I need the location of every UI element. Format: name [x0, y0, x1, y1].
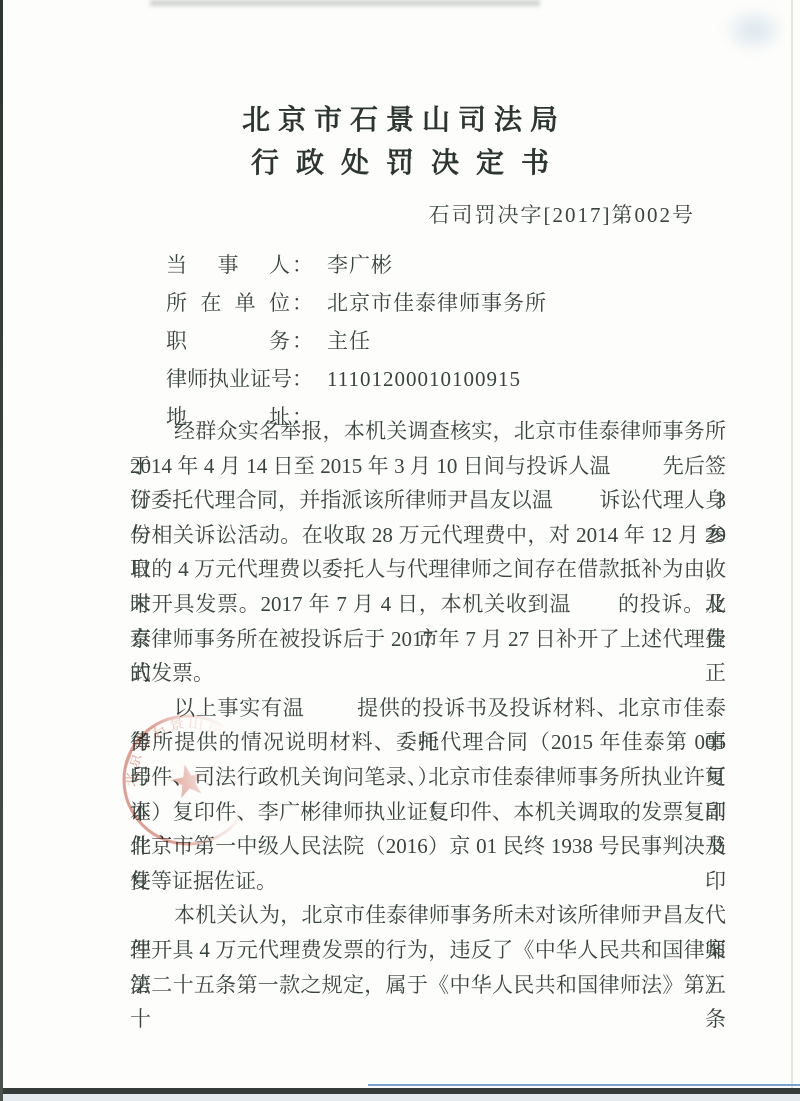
body-line: 以上事实有温提供的投诉书及投诉材料、北京市佳泰律师事: [130, 691, 726, 726]
info-row-license-number: 律师执业证号：11101200010100915: [166, 360, 547, 398]
info-value-work-unit: 北京市佳泰律师事务所: [327, 284, 547, 322]
scan-edge-left: [0, 0, 3, 1101]
info-label-work-unit: 所在单位: [166, 284, 290, 322]
redacted-name-gap: [304, 694, 356, 715]
info-colon: ：: [292, 360, 313, 398]
redacted-name-gap: [571, 590, 617, 611]
info-label-license-number: 律师执业证号: [166, 360, 290, 398]
body-line: 务所提供的情况说明材料、委托代理合同（2015 年佳泰第 005 号）复: [130, 725, 726, 760]
body-text-segment: 件等证据佐证。: [130, 869, 277, 893]
body-line: 本机关认为，北京市佳泰律师事务所未对该所律师尹昌友代理案: [130, 898, 726, 933]
info-colon: ：: [292, 246, 313, 284]
redacted-name-gap: [611, 452, 663, 473]
body-line: 2014 年 4 月 14 日至 2015 年 3 月 10 日间与投诉人温先后…: [130, 449, 726, 484]
body-text-segment: 以上事实有温: [174, 696, 304, 720]
evidence-paragraph: 以上事实有温提供的投诉书及投诉材料、北京市佳泰律师事务所提供的情况说明材料、委托…: [130, 691, 726, 899]
info-colon: ：: [292, 284, 313, 322]
info-label-position: 职务: [166, 322, 290, 360]
scan-smudge-top-right: [722, 6, 786, 54]
document-number: 石司罚决字[2017]第002号: [429, 199, 696, 229]
body-line: 北京市第一中级人民法院（2016）京 01 民终 1938 号民事判决书复印: [130, 829, 726, 864]
body-text-segment: 第二十五条第一款之规定，属于《中华人民共和国律师法》第五十条: [130, 973, 726, 1032]
info-value-party: 李广彬: [327, 246, 393, 284]
body-text-segment: 份委托代理合同，并指派该所律师尹昌友以温: [130, 488, 553, 512]
facts-paragraph: 经群众实名举报，本机关调查核实，北京市佳泰律师事务所于2014 年 4 月 14…: [130, 414, 726, 691]
body-line: 份委托代理合同，并指派该所律师尹昌友以温诉讼代理人身份参: [130, 483, 726, 518]
info-value-position: 主任: [327, 322, 371, 360]
body-text-segment: 2014 年 4 月 14 日至 2015 年 3 月 10 日间与投诉人温: [130, 454, 611, 478]
body-line: 取的 4 万元代理费以委托人与代理律师之间存在借款抵补为由，未及: [130, 552, 726, 587]
scan-edge-bottom-strip: [0, 1094, 800, 1101]
body-line: 件开具 4 万元代理费发票的行为，违反了《中华人民共和国律师法》: [130, 933, 726, 968]
body-text-segment: 时开具发票。2017 年 7 月 4 日，本机关收到温: [130, 592, 571, 616]
scanned-document-page: 北京市石景山司法局 行政处罚决定书 石司罚决字[2017]第002号 当事人：李…: [0, 0, 800, 1101]
info-colon: ：: [292, 322, 313, 360]
document-body: 经群众实名举报，本机关调查核实，北京市佳泰律师事务所于2014 年 4 月 14…: [130, 414, 726, 1002]
body-line: 泰律师事务所在被投诉后于 2017 年 7 月 27 日补开了上述代理费的正: [130, 622, 726, 657]
info-value-license-number: 11101200010100915: [327, 360, 521, 398]
body-line: 印件、司法行政机关询问笔录、北京市佳泰律师事务所执业许可证（副: [130, 760, 726, 795]
body-line: 经群众实名举报，本机关调查核实，北京市佳泰律师事务所于: [130, 414, 726, 449]
finding-paragraph: 本机关认为，北京市佳泰律师事务所未对该所律师尹昌友代理案件开具 4 万元代理费发…: [130, 898, 726, 1002]
body-line: 第二十五条第一款之规定，属于《中华人民共和国律师法》第五十条: [130, 968, 726, 1003]
body-text-segment: 泰律师事务所在被投诉后于 2017 年 7 月 27 日补开了上述代理费的正: [130, 627, 726, 686]
document-title-line1: 北京市石景山司法局: [0, 98, 800, 138]
scan-smudge-top: [150, 0, 540, 6]
body-line: 与相关诉讼活动。在收取 28 万元代理费中，对 2014 年 12 月 29 日…: [130, 518, 726, 553]
info-row-position: 职务：主任: [166, 322, 547, 360]
info-row-work-unit: 所在单位：北京市佳泰律师事务所: [166, 284, 547, 322]
info-row-party: 当事人：李广彬: [166, 246, 547, 284]
scan-edge-blue-line: [368, 1084, 800, 1086]
body-line: 时开具发票。2017 年 7 月 4 日，本机关收到温的投诉。北京市佳: [130, 587, 726, 622]
body-line: 本）复印件、李广彬律师执业证复印件、本机关调取的发票复印件及: [130, 795, 726, 830]
document-title-line2: 行政处罚决定书: [0, 141, 800, 181]
party-info-block: 当事人：李广彬所在单位：北京市佳泰律师事务所职务：主任律师执业证号：111012…: [166, 246, 547, 436]
body-text-segment: 式发票。: [130, 661, 214, 685]
redacted-name-gap: [553, 486, 599, 507]
info-label-party: 当事人: [166, 246, 290, 284]
